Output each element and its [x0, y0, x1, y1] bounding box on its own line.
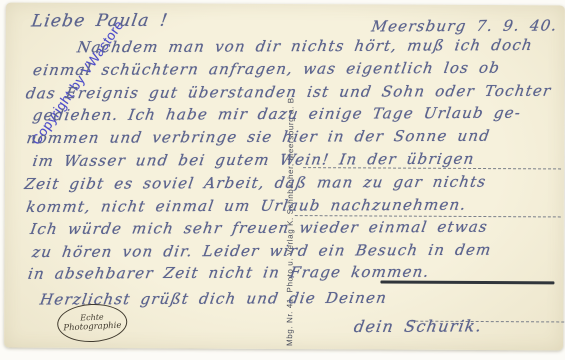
address-rule-solid: [380, 281, 554, 284]
salutation: Liebe Paula !: [30, 11, 170, 32]
handwriting-line: Ich würde mich sehr freuen wieder einmal…: [29, 218, 489, 238]
handwriting-line: im Wasser und bei gutem Wein! In der übr…: [31, 150, 476, 170]
scan-background: Copyright by VWastore Mbg. Nr. 41. Photo…: [0, 0, 565, 360]
handwriting-line: in absehbarer Zeit nicht in Frage kommen…: [27, 263, 431, 283]
handwriting-line: kommt, nicht einmal um Urlaub nachzunehm…: [25, 196, 468, 216]
handwriting-line: Nachdem man von dir nichts hört, muß ich…: [76, 36, 534, 56]
postcard-back: Copyright by VWastore Mbg. Nr. 41. Photo…: [4, 3, 565, 351]
handwriting-line: nommen und verbringe sie hier in der Son…: [25, 127, 491, 147]
handwriting-line: das Ereignis gut überstanden ist und Soh…: [25, 82, 553, 103]
dateline: Meersburg 7. 9. 40.: [370, 16, 559, 35]
signature: dein Schurik.: [353, 316, 484, 336]
echte-photographie-stamp: Echte Photographie: [56, 302, 128, 343]
handwriting-line: einmal schüchtern anfragen, was eigentli…: [32, 59, 502, 79]
handwriting-line: gediehen. Ich habe mir dazu einige Tage …: [32, 104, 523, 125]
handwriting-line: zu hören von dir. Leider wird ein Besuch…: [31, 241, 493, 261]
stamp-text-bottom: Photographie: [63, 321, 122, 334]
handwriting-line: Zeit gibt es soviel Arbeit, daß man zu g…: [23, 173, 488, 193]
